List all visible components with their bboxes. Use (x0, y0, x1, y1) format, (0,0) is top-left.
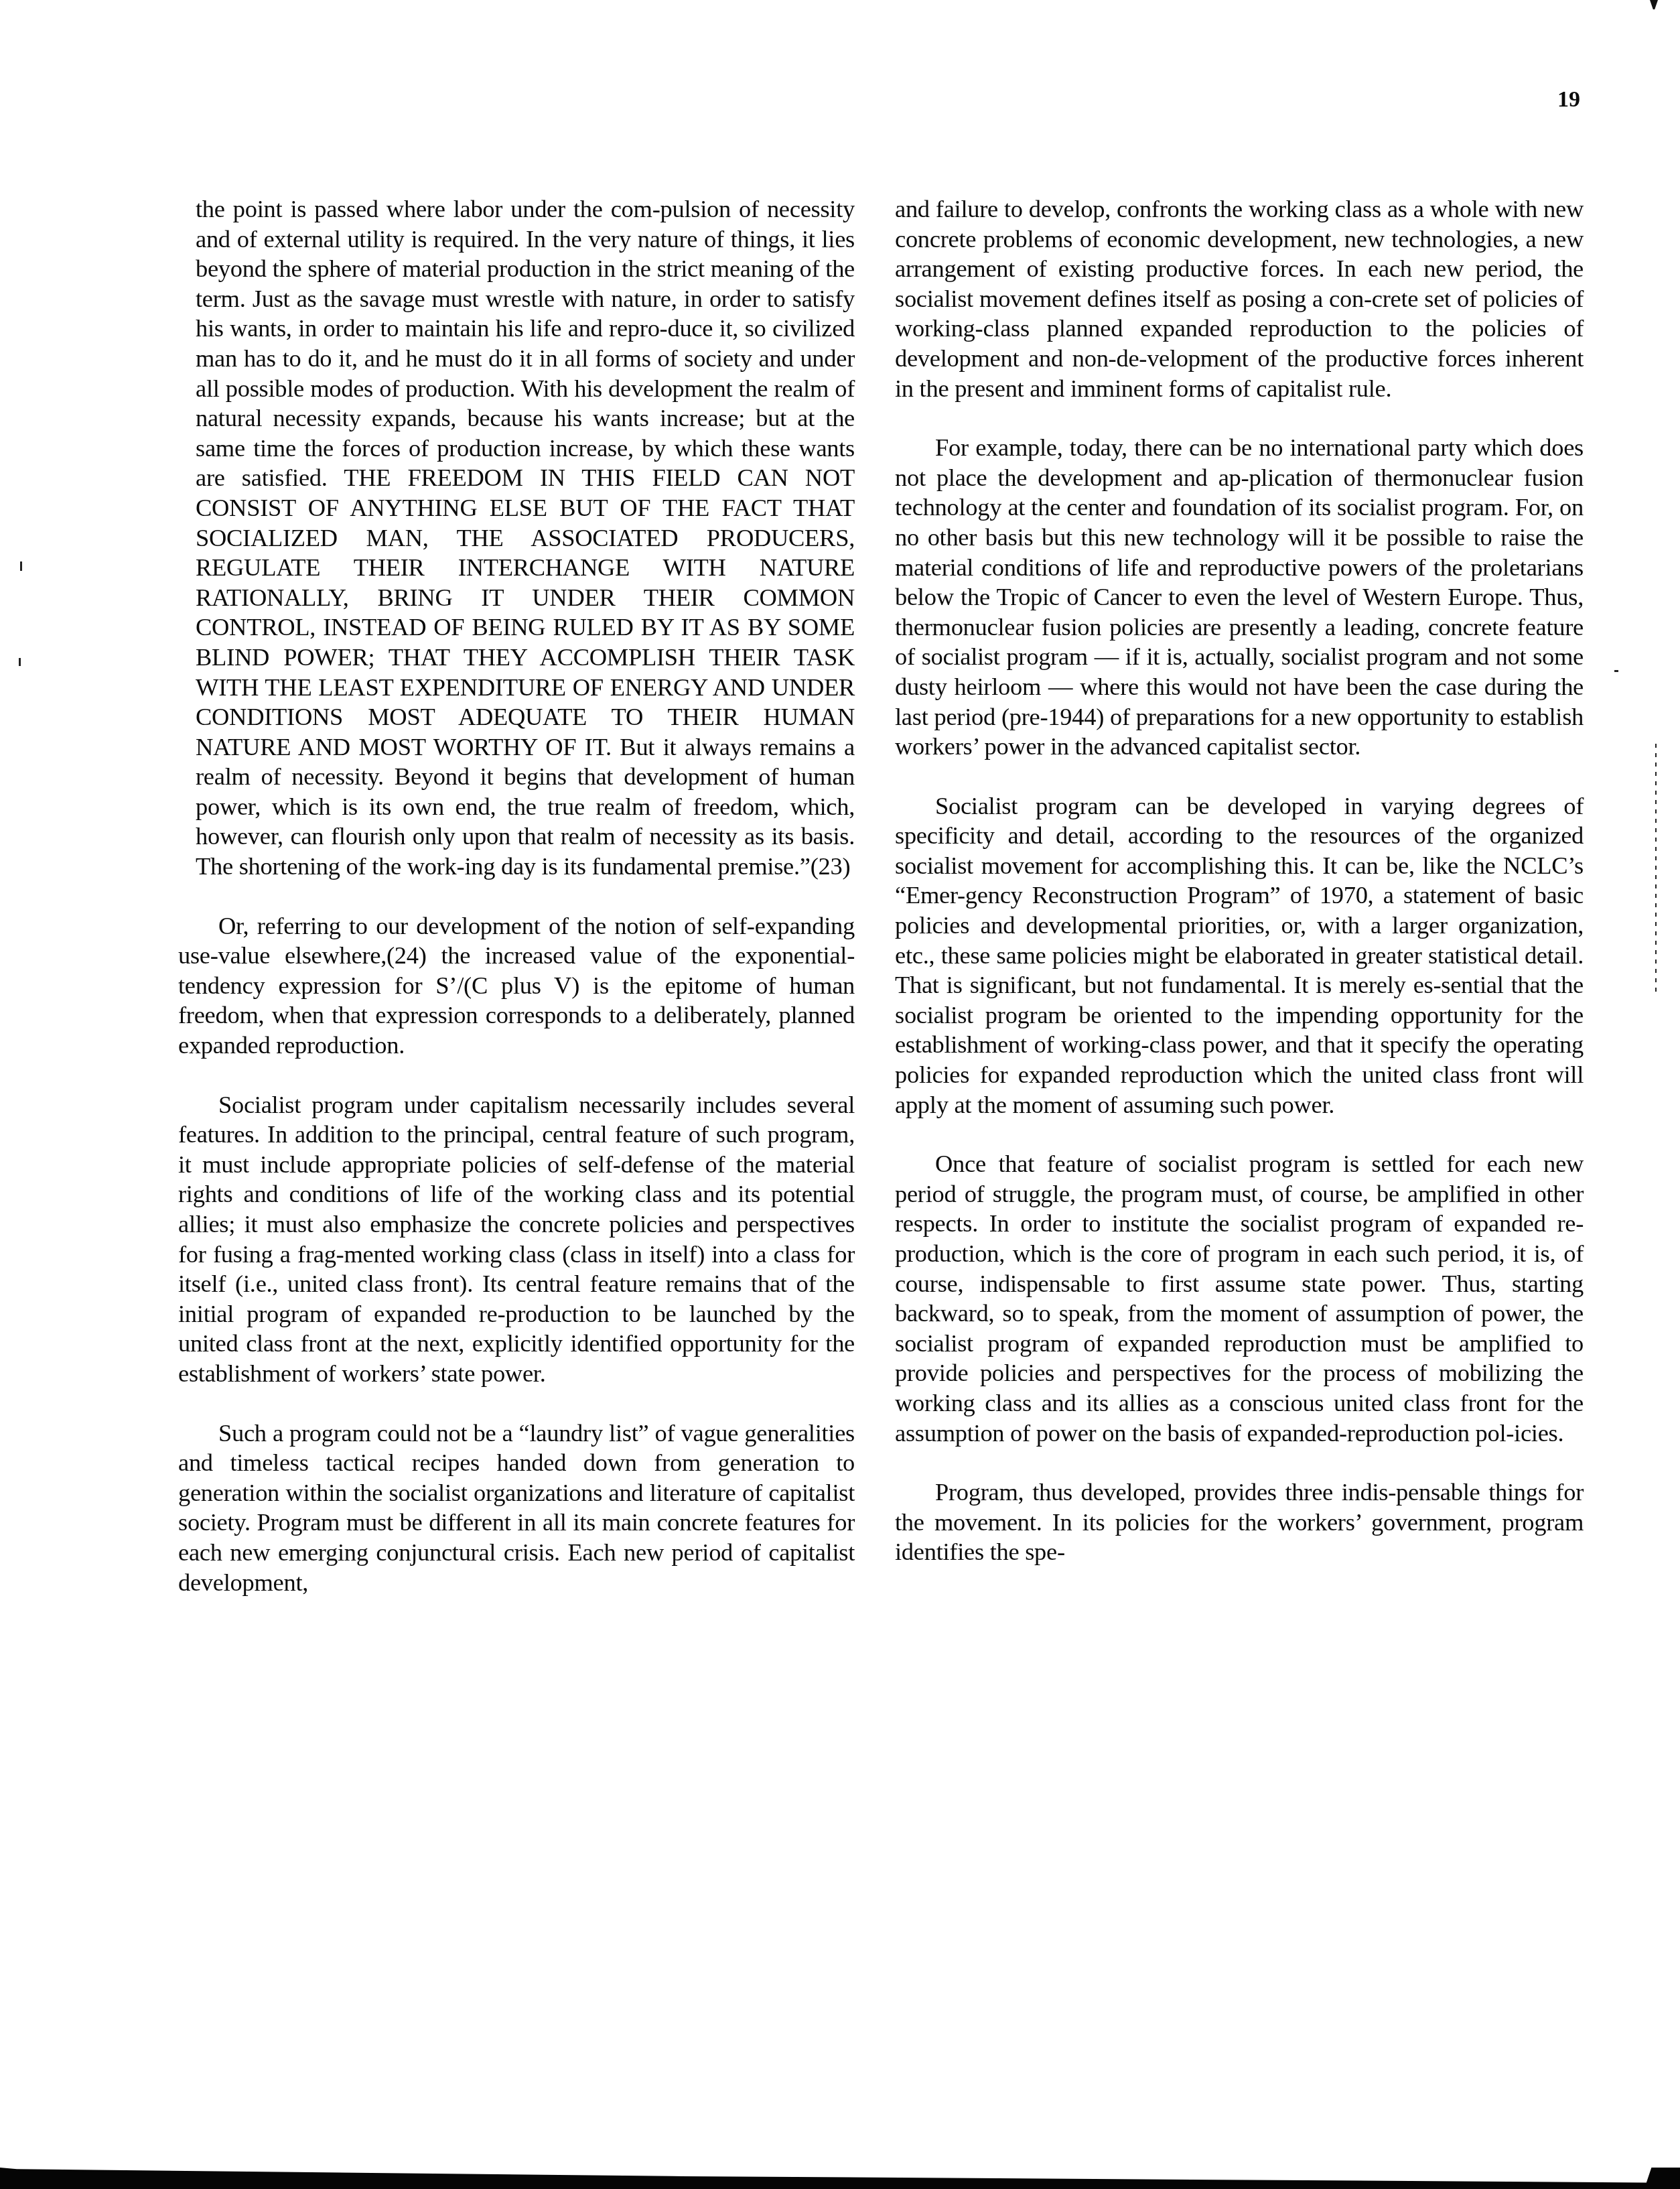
paragraph-self-expanding-use-value: Or, referring to our development of the … (178, 911, 855, 1061)
paragraph-once-feature-settled: Once that feature of socialist program i… (895, 1149, 1584, 1448)
left-column: the point is passed where labor under th… (196, 194, 855, 1627)
page-number: 19 (1557, 87, 1580, 113)
paragraph-thermonuclear-fusion: For example, today, there can be no inte… (895, 433, 1584, 762)
paragraph-specificity-and-detail: Socialist program can be developed in va… (895, 791, 1584, 1120)
paragraph-three-indispensable-things: Program, thus developed, provides three … (895, 1477, 1584, 1567)
paragraph-failure-to-develop: and failure to develop, confronts the wo… (895, 194, 1584, 403)
paragraph-laundry-list: Such a program could not be a “laundry l… (178, 1418, 855, 1598)
margin-speck (1614, 670, 1618, 672)
margin-speck (19, 658, 21, 666)
margin-speck (20, 561, 22, 571)
paragraph-socialist-program-features: Socialist program under capitalism neces… (178, 1090, 855, 1389)
scan-bottom-border (0, 2168, 1680, 2189)
scan-edge-speckle (1655, 744, 1657, 992)
right-column: and failure to develop, confronts the wo… (895, 194, 1584, 1597)
scan-corner-mark (1650, 0, 1658, 9)
paragraph-marx-quote-continuation: the point is passed where labor under th… (196, 194, 855, 882)
